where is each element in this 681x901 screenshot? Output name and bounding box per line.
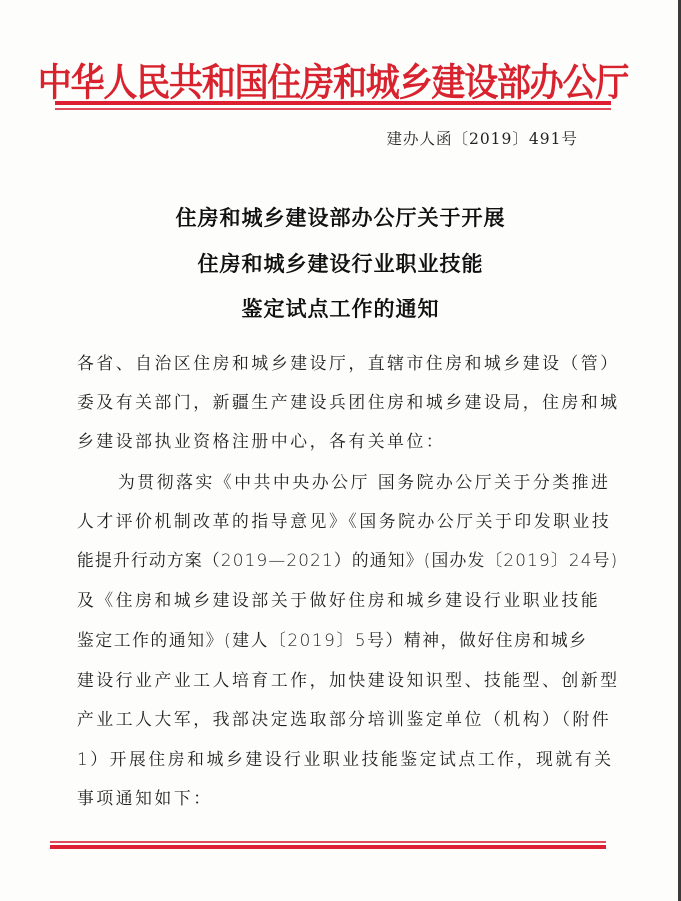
header-rule-thick (55, 101, 611, 105)
document-title-line-3: 鉴定试点工作的通知 (0, 293, 681, 323)
footer-rule-thin (50, 841, 606, 843)
footer-rule-thick (50, 845, 606, 849)
document-title-line-2: 住房和城乡建设行业职业技能 (0, 248, 681, 278)
letterhead-title: 中华人民共和国住房和城乡建设部办公厅 (0, 52, 666, 107)
addressee-line-2: 委及有关部门，新疆生产建设兵团住房和城乡建设局，住房和城 (77, 389, 607, 413)
document-title-line-1: 住房和城乡建设部办公厅关于开展 (0, 202, 681, 232)
paragraph-line-6: 建设行业产业工人培育工作，加快建设知识型、技能型、创新型 (77, 667, 607, 691)
paragraph-line-2: 人才评价机制改革的指导意见》《国务院办公厅关于印发职业技 (77, 508, 607, 532)
paragraph-line-1: 为贯彻落实《中共中央办公厅 国务院办公厅关于分类推进 (118, 469, 607, 493)
paragraph-line-7: 产业工人大军，我部决定选取部分培训鉴定单位（机构）（附件 (77, 706, 607, 730)
paragraph-line-4: 及《住房和城乡建设部关于做好住房和城乡建设行业职业技能 (77, 587, 607, 611)
addressee-line-3: 乡建设部执业资格注册中心，各有关单位： (77, 428, 607, 452)
paragraph-line-8: 1）开展住房和城乡建设行业职业技能鉴定试点工作，现就有关 (77, 746, 607, 770)
paragraph-line-3: 能提升行动方案（2019—2021）的通知》(国办发〔2019〕24号) (77, 547, 607, 571)
paragraph-line-9: 事项通知如下： (77, 785, 607, 809)
addressee-line-1: 各省、自治区住房和城乡建设厅，直辖市住房和城乡建设（管） (77, 350, 607, 374)
header-rule-thin (55, 108, 611, 110)
document-number: 建办人函〔2019〕491号 (386, 127, 578, 149)
paragraph-line-5: 鉴定工作的通知》(建人〔2019〕5号）精神，做好住房和城乡 (77, 627, 607, 651)
